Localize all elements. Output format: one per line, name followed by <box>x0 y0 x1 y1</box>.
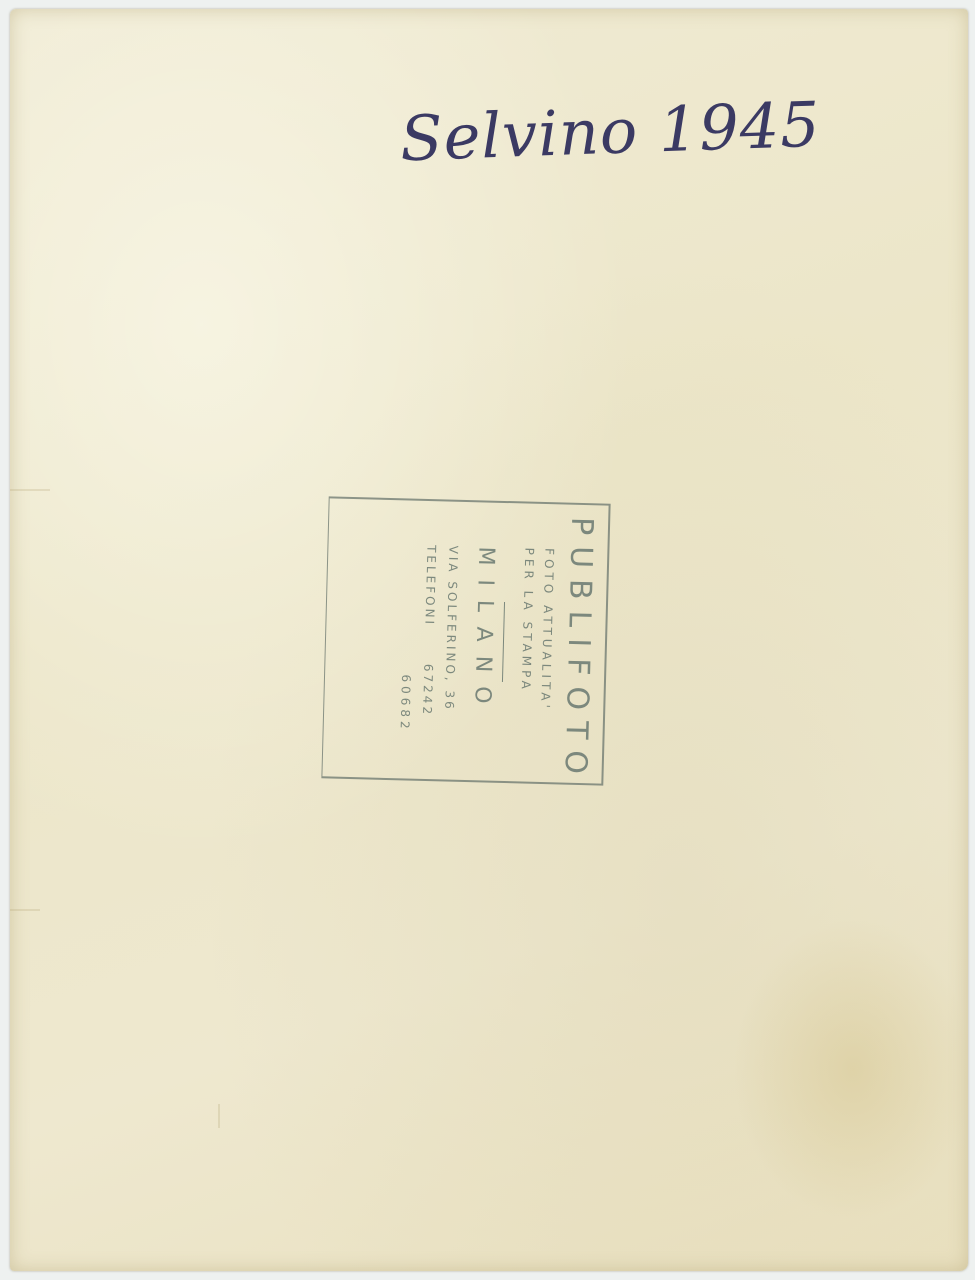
publifoto-stamp: PUBLIFOTO FOTO ATTUALITA' PER LA STAMPA … <box>321 496 610 785</box>
stamp-city: MILANO <box>469 546 498 718</box>
stamp-address: VIA SOLFERINO, 36 <box>442 545 460 712</box>
stamp-line1: FOTO ATTUALITA' <box>538 548 556 712</box>
stamp-phone1: 67242 <box>420 664 435 718</box>
stamp-brand: PUBLIFOTO <box>557 517 599 786</box>
stamp-phone-label: TELEFONI 67242 <box>420 545 438 717</box>
paper-crease <box>10 909 40 911</box>
stamp-divider <box>502 602 505 682</box>
stamp-phone2: 60682 <box>398 674 414 733</box>
stamp-phone-label-text: TELEFONI <box>422 545 438 627</box>
paper-crease <box>218 1104 220 1128</box>
paper-crease <box>10 489 50 491</box>
stamp-text: PUBLIFOTO FOTO ATTUALITA' PER LA STAMPA … <box>333 503 600 780</box>
stamp-line2: PER LA STAMPA <box>519 547 537 693</box>
handwritten-note: Selvino 1945 <box>399 88 822 176</box>
